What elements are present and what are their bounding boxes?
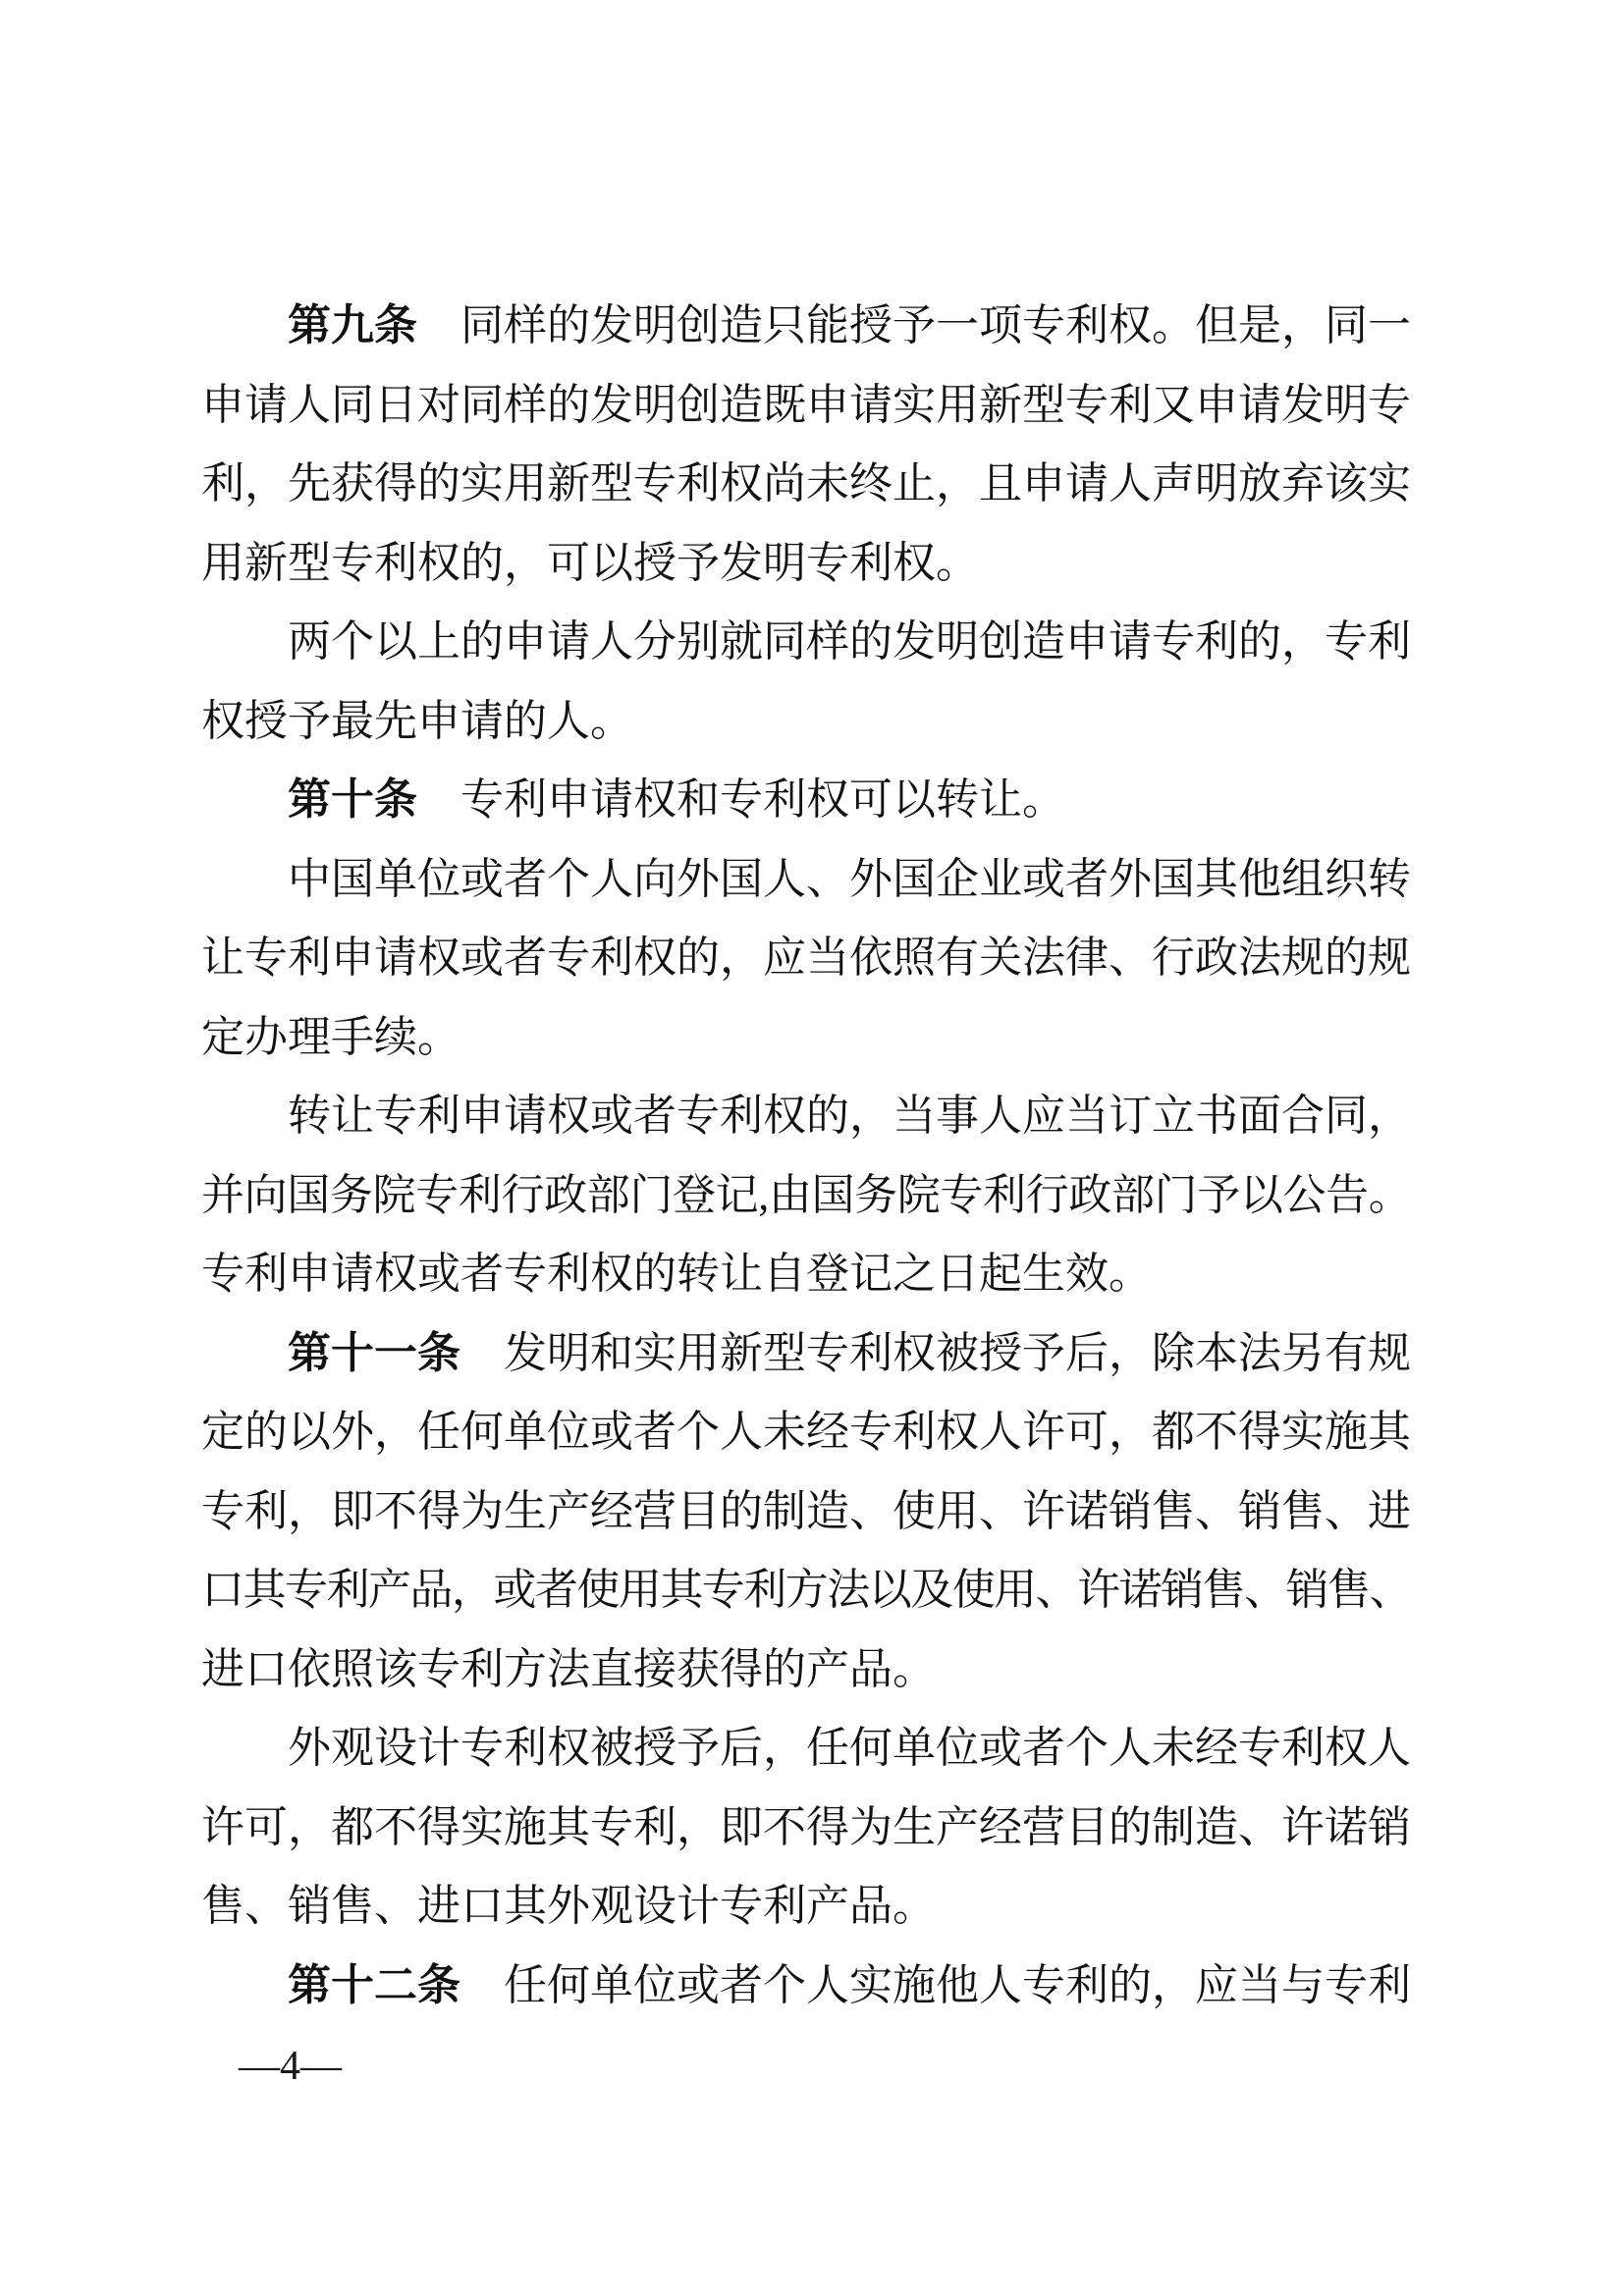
document-body: 第九条 同样的发明创造只能授予一项专利权。但是，同一申请人同日对同样的发明创造既… — [201, 287, 1411, 2025]
line-text: 定办理手续。 — [201, 1013, 460, 1061]
text-line: 第十二条 任何单位或者个人实施他人专利的，应当与专利 — [201, 1947, 1411, 2026]
text-line: 口其专利产品，或者使用其专利方法以及使用、许诺销售、销售、 — [201, 1551, 1411, 1630]
line-text: 权授予最先申请的人。 — [201, 697, 633, 745]
line-text: 两个以上的申请人分别就同样的发明创造申请专利的，专利 — [288, 617, 1411, 666]
text-line: 第十条 专利申请权和专利权可以转让。 — [201, 761, 1411, 840]
line-text: 用新型专利权的，可以授予发明专利权。 — [201, 539, 979, 587]
text-line: 让专利申请权或者专利权的，应当依照有关法律、行政法规的规 — [201, 919, 1411, 998]
line-text: 许可，都不得实施其专利，即不得为生产经营目的制造、许诺销 — [201, 1803, 1411, 1851]
text-line: 申请人同日对同样的发明创造既申请实用新型专利又申请发明专 — [201, 366, 1411, 446]
line-text: 转让专利申请权或者专利权的，当事人应当订立书面合同， — [288, 1092, 1411, 1140]
article-number: 第十条 — [288, 775, 417, 824]
text-line: 进口依照该专利方法直接获得的产品。 — [201, 1630, 1411, 1710]
text-line: 中国单位或者个人向外国人、外国企业或者外国其他组织转 — [201, 840, 1411, 920]
text-line: 并向国务院专利行政部门登记,由国务院专利行政部门予以公告。 — [201, 1156, 1411, 1236]
line-text: 定的以外，任何单位或者个人未经专利权人许可，都不得实施其 — [201, 1408, 1411, 1456]
text-line: 第九条 同样的发明创造只能授予一项专利权。但是，同一 — [201, 287, 1411, 366]
text-line: 定的以外，任何单位或者个人未经专利权人许可，都不得实施其 — [201, 1393, 1411, 1472]
text-line: 两个以上的申请人分别就同样的发明创造申请专利的，专利 — [201, 603, 1411, 682]
text-line: 转让专利申请权或者专利权的，当事人应当订立书面合同， — [201, 1077, 1411, 1156]
text-line: 许可，都不得实施其专利，即不得为生产经营目的制造、许诺销 — [201, 1789, 1411, 1868]
line-text: 口其专利产品，或者使用其专利方法以及使用、许诺销售、销售、 — [201, 1566, 1411, 1614]
line-text: 中国单位或者个人向外国人、外国企业或者外国其他组织转 — [288, 855, 1411, 903]
article-number: 第十一条 — [288, 1329, 460, 1377]
line-text: 同样的发明创造只能授予一项专利权。但是，同一 — [417, 301, 1411, 349]
line-text: 售、销售、进口其外观设计专利产品。 — [201, 1882, 936, 1930]
line-text: 专利申请权或者专利权的转让自登记之日起生效。 — [201, 1250, 1152, 1298]
line-text: 利，先获得的实用新型专利权尚未终止，且申请人声明放弃该实 — [201, 459, 1411, 507]
line-text: 申请人同日对同样的发明创造既申请实用新型专利又申请发明专 — [201, 381, 1411, 429]
article-number: 第九条 — [288, 301, 417, 349]
text-line: 权授予最先申请的人。 — [201, 682, 1411, 762]
text-line: 利，先获得的实用新型专利权尚未终止，且申请人声明放弃该实 — [201, 445, 1411, 524]
line-text: 专利，即不得为生产经营目的制造、使用、许诺销售、销售、进 — [201, 1487, 1411, 1535]
line-text: 让专利申请权或者专利权的，应当依照有关法律、行政法规的规 — [201, 934, 1411, 982]
line-text: 进口依照该专利方法直接获得的产品。 — [201, 1645, 936, 1693]
text-line: 售、销售、进口其外观设计专利产品。 — [201, 1867, 1411, 1947]
document-page: { "page": { "background": "#ffffff", "te… — [0, 0, 1624, 2296]
text-line: 用新型专利权的，可以授予发明专利权。 — [201, 524, 1411, 604]
line-text: 外观设计专利权被授予后，任何单位或者个人未经专利权人 — [288, 1724, 1411, 1772]
line-text: 发明和实用新型专利权被授予后，除本法另有规 — [460, 1329, 1411, 1377]
text-line: 第十一条 发明和实用新型专利权被授予后，除本法另有规 — [201, 1314, 1411, 1394]
line-text: 任何单位或者个人实施他人专利的，应当与专利 — [460, 1961, 1411, 2009]
line-text: 并向国务院专利行政部门登记,由国务院专利行政部门予以公告。 — [201, 1171, 1411, 1219]
text-line: 专利申请权或者专利权的转让自登记之日起生效。 — [201, 1235, 1411, 1314]
text-line: 外观设计专利权被授予后，任何单位或者个人未经专利权人 — [201, 1709, 1411, 1789]
text-line: 专利，即不得为生产经营目的制造、使用、许诺销售、销售、进 — [201, 1472, 1411, 1552]
text-line: 定办理手续。 — [201, 998, 1411, 1078]
article-number: 第十二条 — [288, 1961, 460, 2009]
line-text: 专利申请权和专利权可以转让。 — [417, 775, 1065, 824]
page-number: —4— — [239, 2044, 342, 2089]
